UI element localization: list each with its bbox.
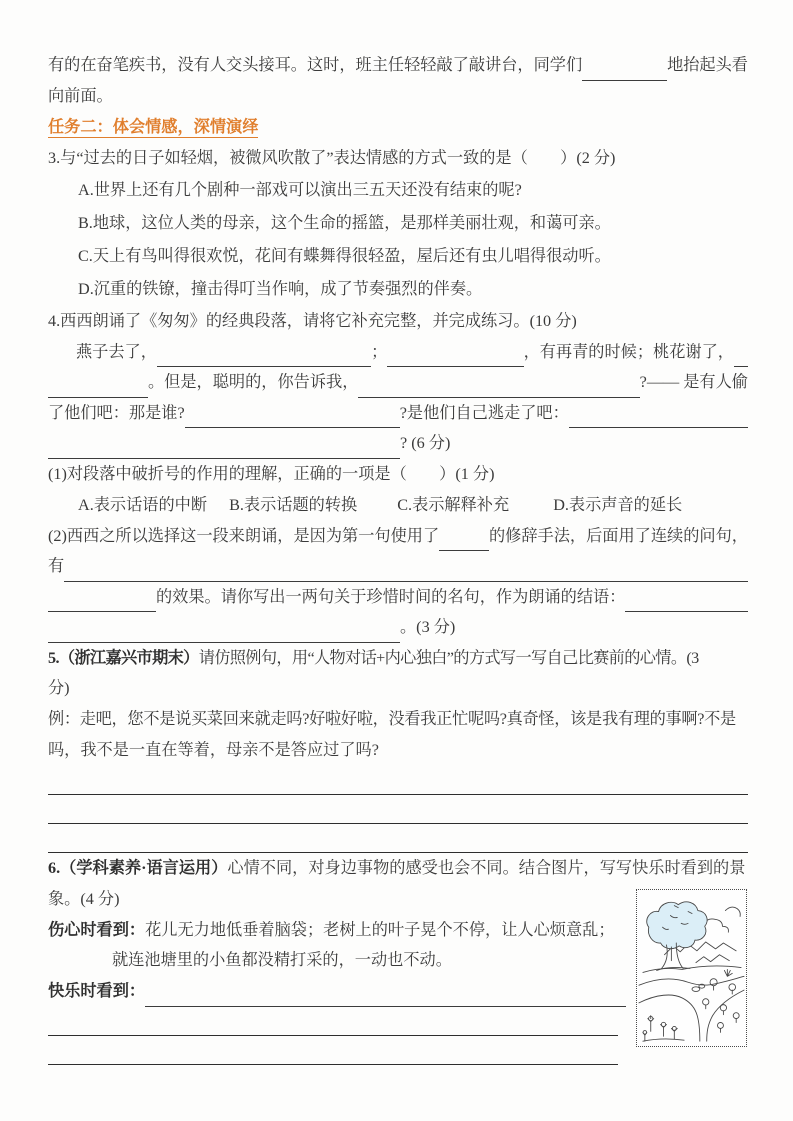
sad-text: 花儿无力地低垂着脑袋；老树上的叶子晃个不停，让人心烦意乱； (145, 915, 614, 946)
passage-text: ?是他们自己逃走了吧： (400, 398, 569, 429)
blank-line (48, 620, 400, 643)
blank-line (185, 405, 400, 428)
q6-happy-line: 快乐时看到： (48, 976, 626, 1007)
passage-text: 燕子去了， (76, 337, 157, 368)
sad-label: 伤心时看到： (48, 915, 145, 946)
answer-line (48, 766, 748, 795)
question-5: 5.（浙江嘉兴市期末） 请仿照例句，用“人物对话+内心独白”的方式写一写自己比赛… (48, 643, 748, 854)
q3-option-c: C.天上有鸟叫得很欢悦，花间有蝶舞得很轻盈，屋后还有虫儿唱得很动听。 (48, 240, 748, 273)
sub2-text: (2)西西之所以选择这一段来朗诵，是因为第一句使用了 (48, 521, 439, 552)
blank-line (157, 344, 371, 367)
question-4: 4.西西朗诵了《匆匆》的经典段落，请将它补充完整，并完成练习。(10 分) 燕子… (48, 306, 748, 643)
q4-passage-line-1: 燕子去了， ； ，有再青的时候；桃花谢了， (48, 337, 748, 368)
sub2-text: 的效果。请你写出一两句关于珍惜时间的名句，作为朗诵的结语： (156, 582, 625, 613)
passage-text: ； (371, 337, 387, 368)
q3-option-d: D.沉重的铁镣，撞击得叮当作响，成了节奏强烈的伴奏。 (48, 273, 748, 306)
scene-illustration (636, 889, 747, 1047)
q5-example-line-2: 吗，我不是一直在等着，母亲不是答应过了吗? (48, 735, 748, 766)
blank-line (625, 589, 748, 612)
q5-stem-line-2: 分) (48, 673, 748, 704)
blank-line (64, 559, 748, 582)
happy-label: 快乐时看到： (48, 976, 145, 1007)
q4-passage-line-3: 了他们吧：那是谁? ?是他们自己逃走了吧： (48, 398, 748, 429)
q4-sub1-options: A.表示话语的中断 B.表示话题的转换 C.表示解释补充 D.表示声音的延长 (48, 490, 748, 521)
blank-line (569, 405, 748, 428)
blank-line (358, 375, 639, 398)
q3-option-a: A.世界上还有几个剧种一部戏可以演出三五天还没有结束的呢? (48, 174, 748, 207)
blank-line (145, 984, 626, 1007)
answer-line (48, 1007, 618, 1036)
exam-page: 有的在奋笔疾书，没有人交头接耳。这时，班主任轻轻敲了敲讲台，同学们 地抬起头看 … (0, 0, 793, 1121)
q5-example-line-1: 例：走吧，您不是说买菜回来就走吗?好啦好啦，没看我正忙呢吗?真奇怪，该是我有理的… (48, 704, 748, 735)
sub1-option-c: C.表示解释补充 (397, 490, 509, 521)
passage-text: ? (6 分) (400, 428, 450, 459)
blank-line (582, 58, 667, 81)
blank-line (48, 375, 148, 398)
q4-sub2-line-3: 的效果。请你写出一两句关于珍惜时间的名句，作为朗诵的结语： (48, 582, 748, 613)
q4-passage-line-2: 。但是，聪明的，你告诉我， ?—— 是有人偷 (48, 367, 748, 398)
blank-line (48, 589, 156, 612)
task-header-label: 任务二：体会情感，深情演绎 (48, 118, 258, 138)
q5-source-label: 5.（浙江嘉兴市期末） (48, 643, 199, 674)
blank-line (48, 436, 400, 459)
blank-line (439, 528, 489, 551)
q5-stem-text: 请仿照例句，用“人物对话+内心独白”的方式写一写自己比赛前的心情。(3 (199, 643, 699, 674)
intro-text: 地抬起头看 (667, 50, 748, 81)
q4-sub1-stem: (1)对段落中破折号的作用的理解，正确的一项是（ ）(1 分) (48, 459, 748, 490)
q6-tag-label: 6.（学科素养·语言运用） (48, 853, 227, 884)
answer-line (48, 1036, 618, 1065)
q5-stem-line-1: 5.（浙江嘉兴市期末） 请仿照例句，用“人物对话+内心独白”的方式写一写自己比赛… (48, 643, 748, 674)
intro-line-2: 向前面。 (48, 81, 748, 112)
sub1-option-b: B.表示话题的转换 (229, 490, 357, 521)
sub1-option-d: D.表示声音的延长 (553, 490, 682, 521)
q4-sub2-line-1: (2)西西之所以选择这一段来朗诵，是因为第一句使用了 的修辞手法，后面用了连续的… (48, 521, 748, 552)
intro-line-1: 有的在奋笔疾书，没有人交头接耳。这时，班主任轻轻敲了敲讲台，同学们 地抬起头看 (48, 50, 748, 81)
q3-option-b: B.地球，这位人类的母亲，这个生命的摇篮，是那样美丽壮观，和蔼可亲。 (48, 207, 748, 240)
blank-line (387, 344, 523, 367)
q4-sub2-line-2: 有 (48, 551, 748, 582)
sub2-text: 的修辞手法，后面用了连续的问句， (489, 521, 748, 552)
tree-icon (647, 902, 707, 971)
task-header: 任务二：体会情感，深情演绎 (48, 112, 748, 143)
intro-text: 有的在奋笔疾书，没有人交头接耳。这时，班主任轻轻敲了敲讲台，同学们 (48, 50, 582, 81)
passage-text: ，有再青的时候；桃花谢了， (524, 337, 734, 368)
river-icon (639, 966, 744, 1041)
sub1-option-a: A.表示话语的中断 (78, 490, 207, 521)
passage-text: 。但是，聪明的，你告诉我， (148, 367, 358, 398)
q6-stem-text: 心情不同，对身边事物的感受也会不同。结合图片，写写快乐时看到的景 (227, 853, 745, 884)
answer-line (48, 795, 748, 824)
question-3: 3.与“过去的日子如轻烟，被微风吹散了”表达情感的方式一致的是（ ）(2 分) … (48, 143, 748, 306)
sub2-text: 。(3 分) (400, 612, 455, 643)
answer-line (48, 824, 748, 853)
flowers-icon (643, 1016, 684, 1042)
countryside-sketch-image (637, 890, 746, 1046)
q4-stem: 4.西西朗诵了《匆匆》的经典段落，请将它补充完整，并完成练习。(10 分) (48, 306, 748, 337)
passage-text: 了他们吧：那是谁? (48, 398, 185, 429)
q4-passage-line-4: ? (6 分) (48, 428, 748, 459)
blank-line (734, 344, 748, 367)
q4-sub2-line-4: 。(3 分) (48, 612, 748, 643)
q6-stem-line-1: 6.（学科素养·语言运用） 心情不同，对身边事物的感受也会不同。结合图片，写写快… (48, 853, 748, 884)
passage-text: ?—— 是有人偷 (640, 367, 748, 398)
q3-stem: 3.与“过去的日子如轻烟，被微风吹散了”表达情感的方式一致的是（ ）(2 分) (48, 143, 748, 174)
sub2-text: 有 (48, 551, 64, 582)
